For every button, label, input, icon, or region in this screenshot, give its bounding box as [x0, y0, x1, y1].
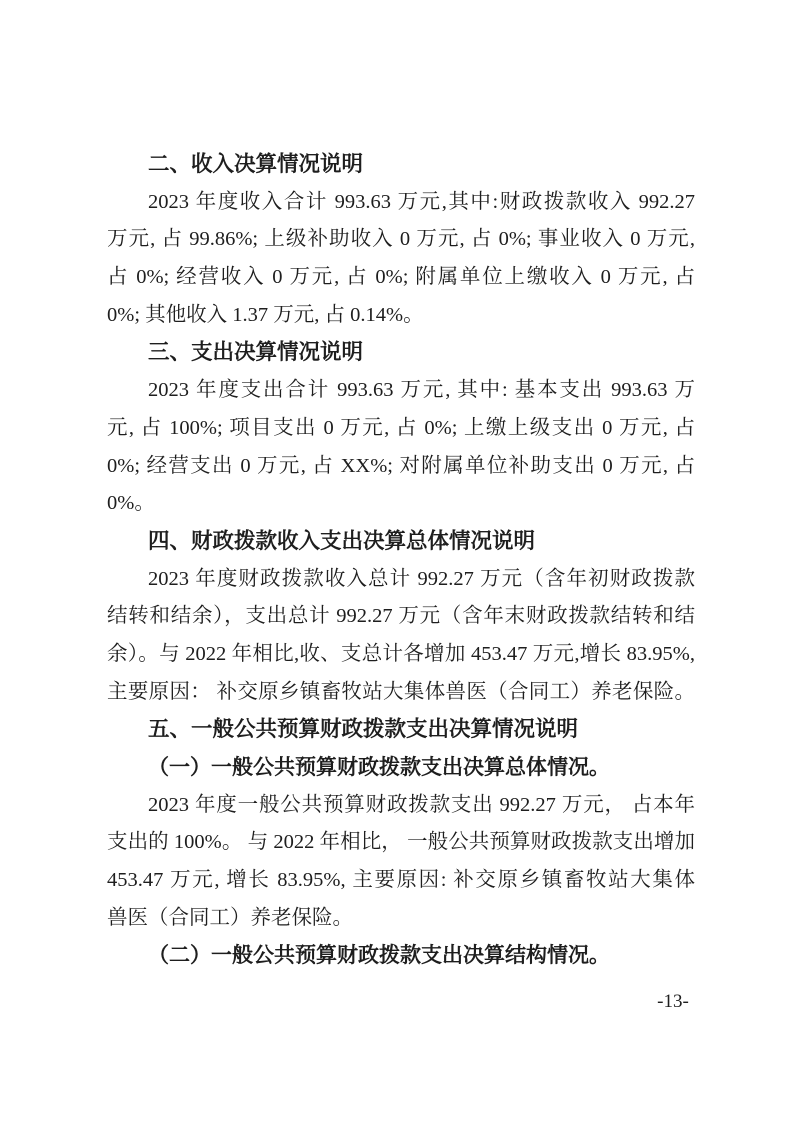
- section-heading-expenditure: 三、支出决算情况说明: [107, 334, 695, 372]
- body-line-fiscal-3: 余）。与 2022 年相比,收、支总计各增加 453.47 万元,增长 83.9…: [107, 636, 695, 674]
- body-line-fiscal-4: 主要原因： 补交原乡镇畜牧站大集体兽医（合同工）养老保险。: [107, 674, 695, 712]
- subsection-heading-overall: （一）一般公共预算财政拨款支出决算总体情况。: [107, 749, 695, 787]
- body-line-fiscal-2: 结转和结余），支出总计 992.27 万元（含年末财政拨款结转和结: [107, 598, 695, 636]
- body-line-general-budget-1: 2023 年度一般公共预算财政拨款支出 992.27 万元， 占本年: [107, 787, 695, 825]
- body-line-expenditure-1: 2023 年度支出合计 993.63 万元, 其中: 基本支出 993.63 万: [107, 372, 695, 410]
- document-content: 二、收入决算情况说明 2023 年度收入合计 993.63 万元,其中:财政拨款…: [107, 146, 695, 975]
- document-page: 二、收入决算情况说明 2023 年度收入合计 993.63 万元,其中:财政拨款…: [0, 0, 793, 1122]
- subsection-heading-structure: （二）一般公共预算财政拨款支出决算结构情况。: [107, 937, 695, 975]
- body-line-general-budget-3: 453.47 万元, 增长 83.95%, 主要原因: 补交原乡镇畜牧站大集体: [107, 862, 695, 900]
- section-heading-general-budget: 五、一般公共预算财政拨款支出决算情况说明: [107, 711, 695, 749]
- body-line-income-1: 2023 年度收入合计 993.63 万元,其中:财政拨款收入 992.27: [107, 184, 695, 222]
- body-line-income-2: 万元, 占 99.86%; 上级补助收入 0 万元, 占 0%; 事业收入 0 …: [107, 221, 695, 259]
- page-number: -13-: [646, 991, 700, 1013]
- body-line-expenditure-4: 0%。: [107, 485, 695, 523]
- body-line-general-budget-4: 兽医（合同工）养老保险。: [107, 900, 695, 938]
- body-line-income-3: 占 0%; 经营收入 0 万元, 占 0%; 附属单位上缴收入 0 万元, 占: [107, 259, 695, 297]
- body-line-expenditure-3: 0%; 经营支出 0 万元, 占 XX%; 对附属单位补助支出 0 万元, 占: [107, 448, 695, 486]
- section-heading-fiscal-overall: 四、财政拨款收入支出决算总体情况说明: [107, 523, 695, 561]
- body-line-general-budget-2: 支出的 100%。 与 2022 年相比， 一般公共预算财政拨款支出增加: [107, 824, 695, 862]
- body-line-income-4: 0%; 其他收入 1.37 万元, 占 0.14%。: [107, 297, 695, 335]
- body-line-expenditure-2: 元, 占 100%; 项目支出 0 万元, 占 0%; 上缴上级支出 0 万元,…: [107, 410, 695, 448]
- section-heading-income: 二、收入决算情况说明: [107, 146, 695, 184]
- body-line-fiscal-1: 2023 年度财政拨款收入总计 992.27 万元（含年初财政拨款: [107, 561, 695, 599]
